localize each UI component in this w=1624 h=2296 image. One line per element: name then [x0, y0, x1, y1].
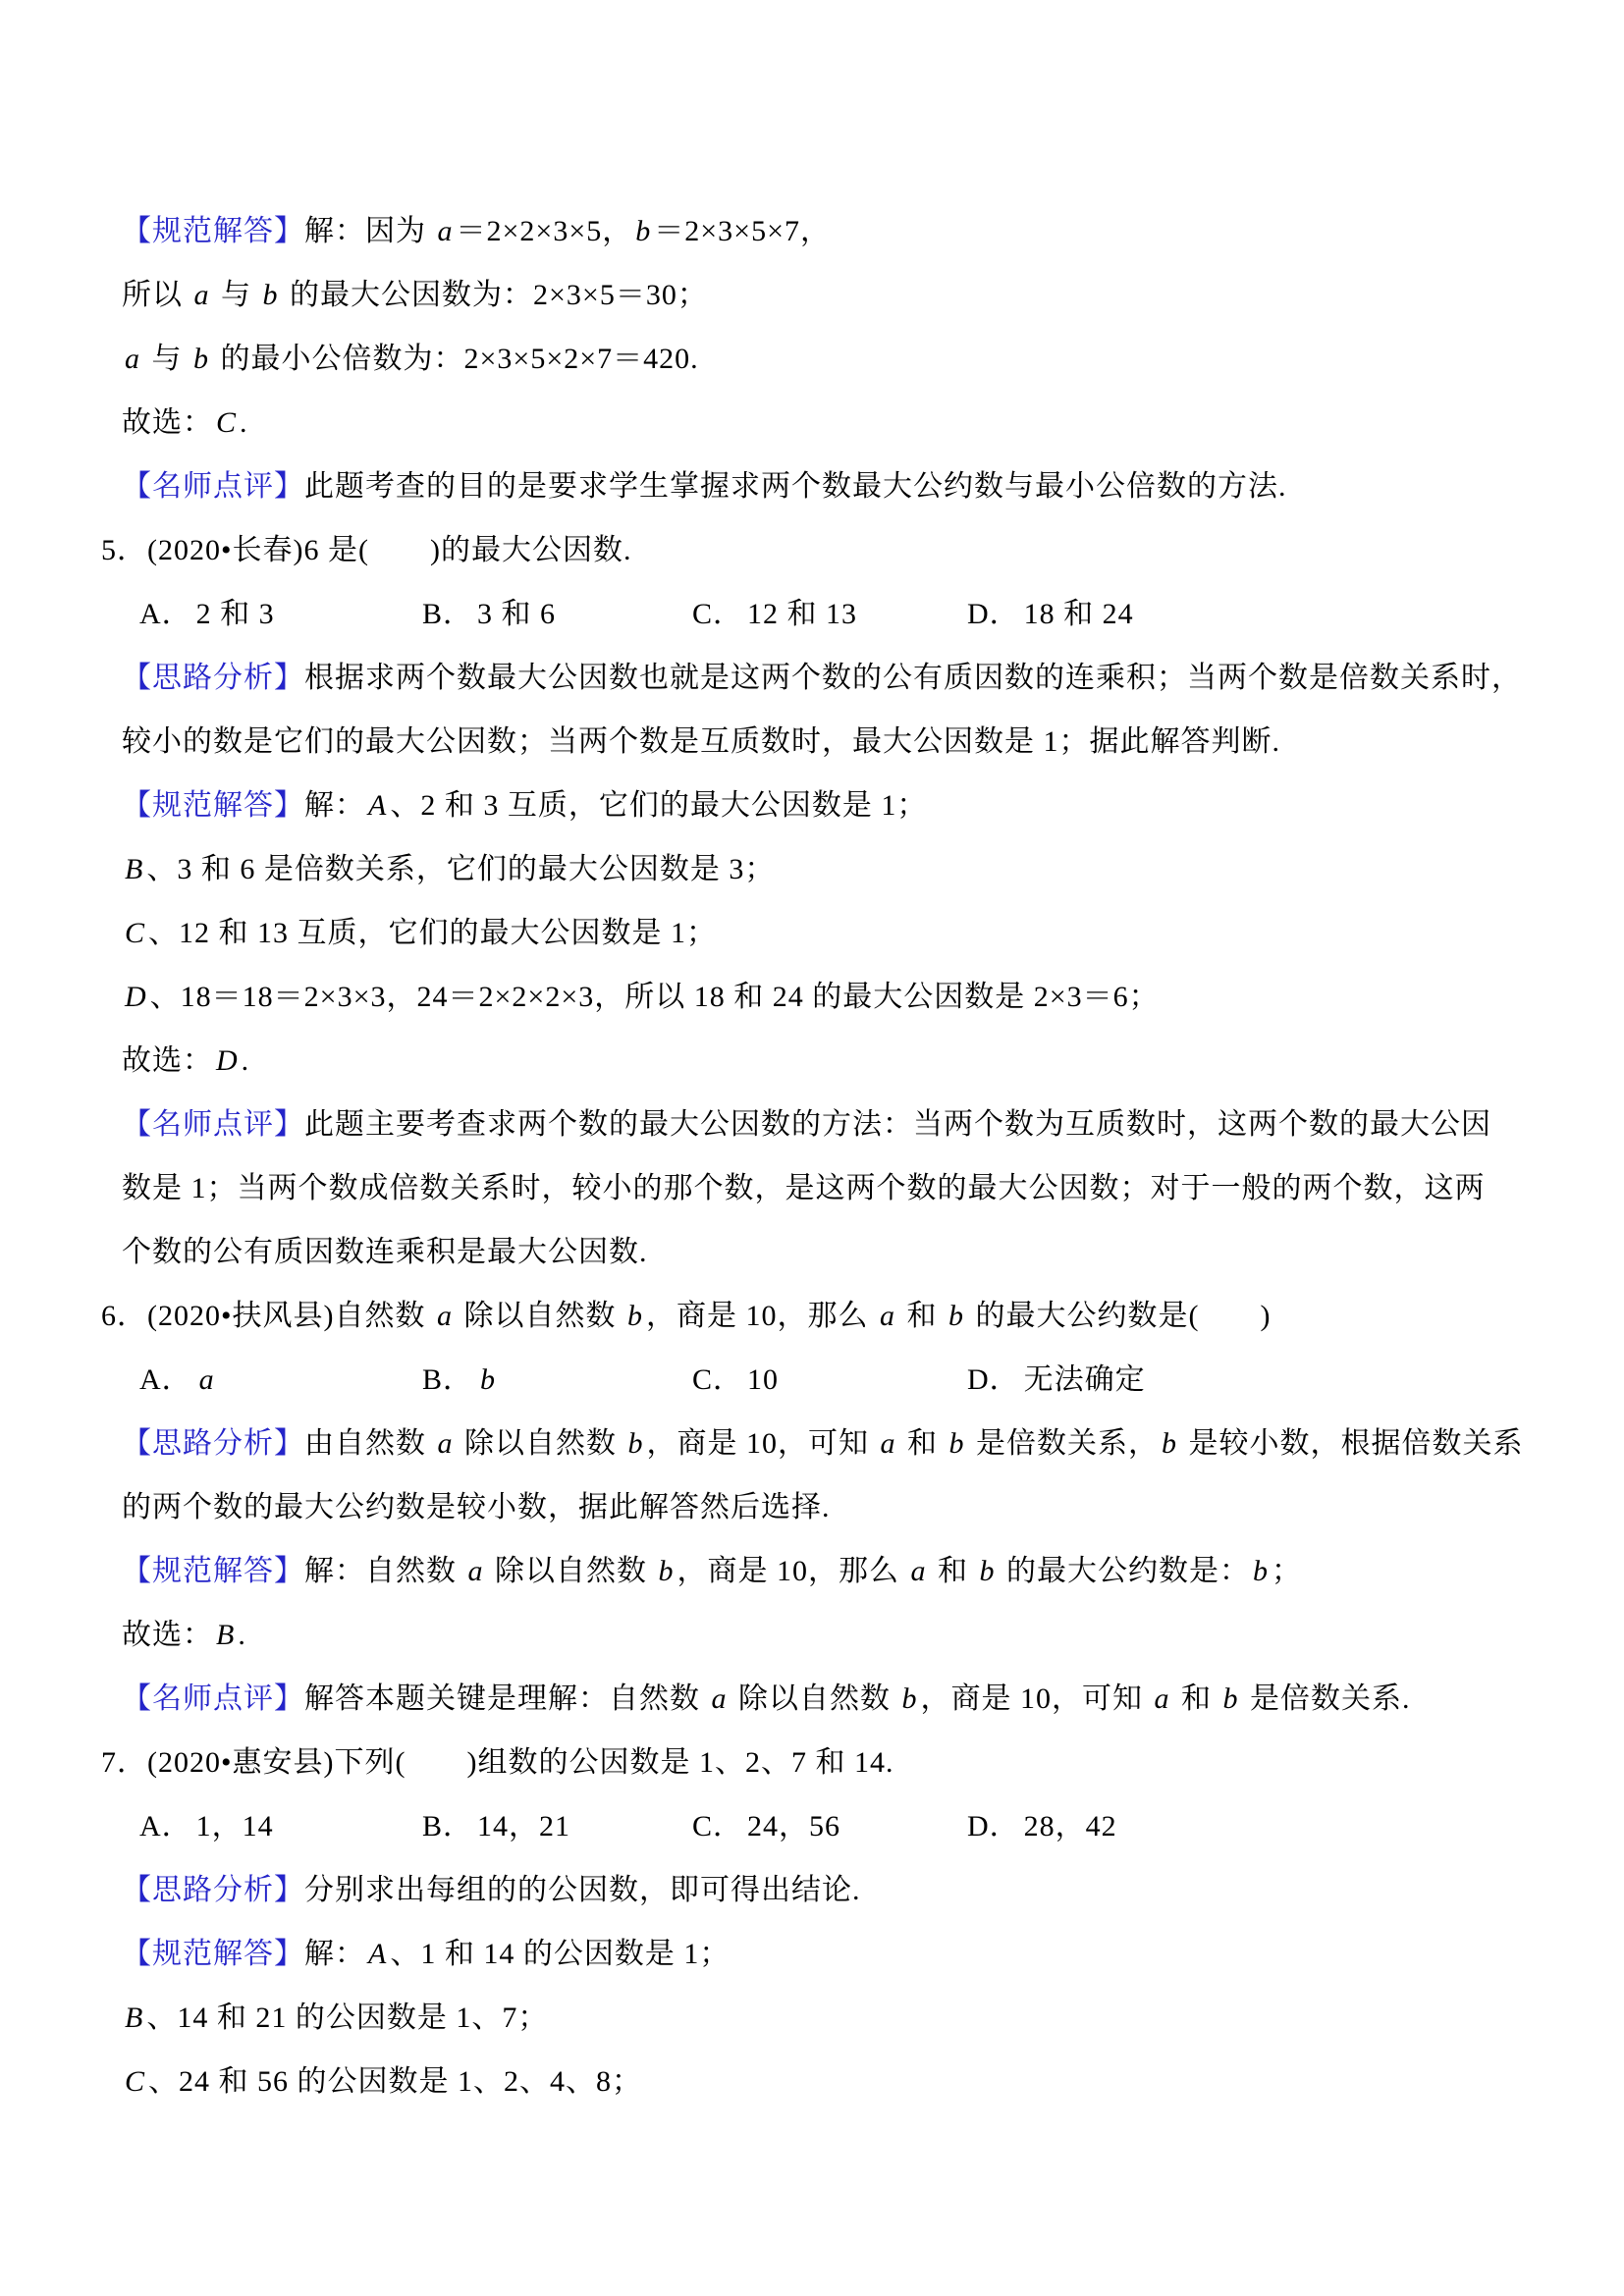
question-line: 5．(2020•长春)6 是( )的最大公因数.: [101, 518, 631, 582]
math-variable: b: [656, 1555, 677, 1587]
body-line: C、24 和 56 的公因数是 1、2、4、8；: [122, 2050, 642, 2113]
option-A: A．2 和 3: [139, 582, 275, 646]
option-label: B．: [422, 1810, 473, 1842]
text-segment: ＝2×3×5×7，: [654, 215, 831, 247]
option-label: A．: [139, 1810, 192, 1842]
analysis-line: 【思路分析】根据求两个数最大公因数也就是这两个数的公有质因数的连乘积；当两个数是…: [122, 646, 1522, 710]
math-variable: b: [946, 1300, 967, 1332]
option-A: A．a: [139, 1348, 218, 1412]
math-variable: a: [878, 1427, 899, 1460]
body-line: 个数的公有质因数连乘积是最大公因数.: [122, 1220, 648, 1284]
text-segment: 此题主要考查求两个数的最大公因数的方法：当两个数为互质数时，这两个数的最大公因: [304, 1108, 1491, 1141]
body-line: B、3 和 6 是倍数关系，它们的最大公因数是 3；: [122, 837, 775, 901]
math-variable: a: [435, 215, 457, 247]
option-value: 10: [747, 1363, 779, 1396]
option-value: 28，42: [1024, 1810, 1117, 1842]
document-page: 【规范解答】解：因为 a＝2×2×3×5，b＝2×3×5×7，所以 a 与 b …: [0, 0, 1624, 2296]
math-variable: D: [122, 981, 150, 1013]
text-segment: 故选：: [122, 406, 213, 439]
body-line: 较小的数是它们的最大公因数；当两个数是互质数时，最大公因数是 1；据此解答判断.: [122, 710, 1280, 774]
option-value: 2 和 3: [196, 598, 275, 630]
text-segment: 解：: [304, 789, 365, 822]
option-B: B．14，21: [422, 1794, 570, 1858]
body-line: 故选：B.: [122, 1603, 246, 1667]
option-B: B．3 和 6: [422, 582, 556, 646]
text-segment: ，商是 10，那么: [677, 1555, 908, 1587]
math-variable: b: [190, 343, 212, 375]
text-segment: 和: [899, 1427, 947, 1460]
option-value: b: [477, 1363, 499, 1396]
section-tag: 【思路分析】: [122, 1874, 304, 1906]
option-label: A．: [139, 1363, 192, 1396]
text-segment: .: [242, 1044, 250, 1077]
comment-line: 【名师点评】解答本题关键是理解：自然数 a 除以自然数 b，商是 10，可知 a…: [122, 1667, 1411, 1731]
body-line: 故选：D.: [122, 1029, 249, 1093]
text-segment: 5．(2020•长春)6 是( )的最大公因数.: [101, 534, 631, 566]
math-variable: b: [260, 279, 282, 311]
text-segment: 解答本题关键是理解：自然数: [304, 1682, 709, 1715]
text-segment: ，商是 10，可知: [647, 1427, 878, 1460]
math-variable: b: [624, 1300, 646, 1332]
math-variable: A: [365, 789, 390, 822]
text-segment: 根据求两个数最大公因数也就是这两个数的公有质因数的连乘积；当两个数是倍数关系时，: [304, 662, 1522, 694]
question-line: 6．(2020•扶风县)自然数 a 除以自然数 b，商是 10，那么 a 和 b…: [101, 1284, 1271, 1348]
comment-line: 【名师点评】此题主要考查求两个数的最大公因数的方法：当两个数为互质数时，这两个数…: [122, 1093, 1491, 1156]
math-variable: b: [977, 1555, 999, 1587]
text-segment: 数是 1；当两个数成倍数关系时，较小的那个数，是这两个数的最大公因数；对于一般的…: [122, 1172, 1486, 1204]
text-segment: 是倍数关系，: [968, 1427, 1160, 1460]
math-variable: C: [213, 406, 240, 439]
answer-line: 【规范解答】解：A、1 和 14 的公因数是 1；: [122, 1922, 730, 1986]
math-variable: b: [1250, 1555, 1272, 1587]
math-variable: b: [947, 1427, 968, 1460]
text-segment: ＝2×2×3×5，: [457, 215, 633, 247]
option-C: C．10: [692, 1348, 779, 1412]
answer-line: 【规范解答】解：A、2 和 3 互质，它们的最大公因数是 1；: [122, 774, 927, 837]
math-variable: a: [434, 1300, 456, 1332]
text-segment: 与: [143, 343, 190, 375]
option-label: B．: [422, 1363, 473, 1396]
text-segment: 、3 和 6 是倍数关系，它们的最大公因数是 3；: [146, 853, 775, 885]
option-D: D．28，42: [967, 1794, 1117, 1858]
text-segment: 是较小数，根据倍数关系: [1180, 1427, 1524, 1460]
text-segment: 除以自然数: [456, 1300, 624, 1332]
math-variable: a: [877, 1300, 898, 1332]
option-label: C．: [692, 1363, 743, 1396]
text-segment: 除以自然数: [457, 1427, 625, 1460]
body-line: 故选：C.: [122, 391, 248, 454]
text-segment: 与: [213, 279, 260, 311]
math-variable: a: [435, 1427, 457, 1460]
text-segment: 此题考查的目的是要求学生掌握求两个数最大公约数与最小公倍数的方法.: [304, 470, 1287, 503]
math-variable: a: [908, 1555, 930, 1587]
option-D: D．18 和 24: [967, 582, 1134, 646]
math-variable: b: [1220, 1682, 1242, 1715]
option-C: C．24，56: [692, 1794, 840, 1858]
text-segment: .: [240, 406, 248, 439]
math-variable: b: [625, 1427, 647, 1460]
text-segment: 、14 和 21 的公因数是 1、7；: [146, 2002, 548, 2034]
section-tag: 【名师点评】: [122, 470, 304, 503]
body-line: 所以 a 与 b 的最大公因数为：2×3×5＝30；: [122, 263, 708, 327]
text-segment: 的最大公约数是：: [999, 1555, 1251, 1587]
text-segment: 除以自然数: [731, 1682, 899, 1715]
text-segment: ；: [1272, 1555, 1302, 1587]
option-label: C．: [692, 598, 743, 630]
text-segment: 较小的数是它们的最大公因数；当两个数是互质数时，最大公因数是 1；据此解答判断.: [122, 725, 1280, 758]
text-segment: 分别求出每组的的公因数，即可得出结论.: [304, 1874, 861, 1906]
section-tag: 【名师点评】: [122, 1682, 304, 1715]
math-variable: D: [213, 1044, 242, 1077]
math-variable: a: [1152, 1682, 1173, 1715]
text-segment: ，商是 10，那么: [646, 1300, 877, 1332]
math-variable: b: [1159, 1427, 1180, 1460]
math-variable: a: [122, 343, 143, 375]
text-segment: 由自然数: [304, 1427, 435, 1460]
option-label: D．: [967, 1363, 1020, 1396]
option-value: 18 和 24: [1024, 598, 1134, 630]
option-D: D．无法确定: [967, 1348, 1146, 1412]
math-variable: a: [191, 279, 213, 311]
option-label: D．: [967, 1810, 1020, 1842]
section-tag: 【规范解答】: [122, 1938, 304, 1970]
option-value: 3 和 6: [477, 598, 556, 630]
math-variable: C: [122, 2065, 148, 2098]
text-segment: 是倍数关系.: [1242, 1682, 1411, 1715]
question-line: 7．(2020•惠安县)下列( )组数的公因数是 1、2、7 和 14.: [101, 1731, 893, 1794]
text-segment: 解：因为: [304, 215, 435, 247]
section-tag: 【思路分析】: [122, 662, 304, 694]
section-tag: 【规范解答】: [122, 215, 304, 247]
math-variable: a: [465, 1555, 487, 1587]
text-segment: 故选：: [122, 1044, 213, 1077]
text-segment: 、24 和 56 的公因数是 1、2、4、8；: [148, 2065, 642, 2098]
text-segment: 和: [898, 1300, 946, 1332]
body-line: D、18＝18＝2×3×3，24＝2×2×2×3，所以 18 和 24 的最大公…: [122, 965, 1160, 1029]
math-variable: B: [122, 853, 146, 885]
body-line: a 与 b 的最小公倍数为：2×3×5×2×7＝420.: [122, 327, 699, 391]
option-value: 14，21: [477, 1810, 570, 1842]
option-value: a: [196, 1363, 218, 1396]
math-variable: b: [632, 215, 654, 247]
text-segment: 、18＝18＝2×3×3，24＝2×2×2×3，所以 18 和 24 的最大公因…: [150, 981, 1160, 1013]
text-segment: 、2 和 3 互质，它们的最大公因数是 1；: [390, 789, 927, 822]
text-segment: 除以自然数: [487, 1555, 656, 1587]
comment-line: 【名师点评】此题考查的目的是要求学生掌握求两个数最大公约数与最小公倍数的方法.: [122, 454, 1287, 518]
text-segment: 解：: [304, 1938, 365, 1970]
text-segment: 和: [930, 1555, 977, 1587]
text-segment: 、1 和 14 的公因数是 1；: [390, 1938, 730, 1970]
section-tag: 【名师点评】: [122, 1108, 304, 1141]
option-B: B．b: [422, 1348, 499, 1412]
body-line: C、12 和 13 互质，它们的最大公因数是 1；: [122, 901, 717, 965]
option-label: D．: [967, 598, 1020, 630]
text-segment: 的最小公倍数为：2×3×5×2×7＝420.: [212, 343, 699, 375]
option-value: 1，14: [196, 1810, 274, 1842]
option-C: C．12 和 13: [692, 582, 857, 646]
analysis-line: 【思路分析】分别求出每组的的公因数，即可得出结论.: [122, 1858, 861, 1922]
analysis-line: 【思路分析】由自然数 a 除以自然数 b，商是 10，可知 a 和 b 是倍数关…: [122, 1412, 1524, 1475]
body-line: 数是 1；当两个数成倍数关系时，较小的那个数，是这两个数的最大公因数；对于一般的…: [122, 1156, 1486, 1220]
text-segment: 的两个数的最大公约数是较小数，据此解答然后选择.: [122, 1491, 831, 1523]
text-segment: 、12 和 13 互质，它们的最大公因数是 1；: [148, 917, 717, 949]
math-variable: B: [122, 2002, 146, 2034]
answer-line: 【规范解答】解：自然数 a 除以自然数 b，商是 10，那么 a 和 b 的最大…: [122, 1539, 1302, 1603]
text-segment: 个数的公有质因数连乘积是最大公因数.: [122, 1236, 648, 1268]
option-value: 12 和 13: [747, 598, 857, 630]
text-segment: 的最大公因数为：2×3×5＝30；: [282, 279, 708, 311]
text-segment: 6．(2020•扶风县)自然数: [101, 1300, 434, 1332]
option-label: B．: [422, 598, 473, 630]
section-tag: 【思路分析】: [122, 1427, 304, 1460]
text-segment: ，商是 10，可知: [921, 1682, 1152, 1715]
text-segment: 解：自然数: [304, 1555, 465, 1587]
option-label: A．: [139, 598, 192, 630]
section-tag: 【规范解答】: [122, 1555, 304, 1587]
body-line: B、14 和 21 的公因数是 1、7；: [122, 1986, 548, 2050]
section-tag: 【规范解答】: [122, 789, 304, 822]
text-segment: 故选：: [122, 1619, 213, 1651]
answer-line: 【规范解答】解：因为 a＝2×2×3×5，b＝2×3×5×7，: [122, 199, 831, 263]
option-label: C．: [692, 1810, 743, 1842]
text-segment: 7．(2020•惠安县)下列( )组数的公因数是 1、2、7 和 14.: [101, 1746, 893, 1779]
option-value: 24，56: [747, 1810, 840, 1842]
math-variable: C: [122, 917, 148, 949]
text-segment: 所以: [122, 279, 191, 311]
math-variable: b: [899, 1682, 921, 1715]
text-segment: 和: [1173, 1682, 1220, 1715]
option-value: 无法确定: [1024, 1363, 1146, 1396]
option-A: A．1，14: [139, 1794, 274, 1858]
math-variable: a: [709, 1682, 731, 1715]
body-line: 的两个数的最大公约数是较小数，据此解答然后选择.: [122, 1475, 831, 1539]
math-variable: B: [213, 1619, 238, 1651]
math-variable: A: [365, 1938, 390, 1970]
text-segment: 的最大公约数是( ): [967, 1300, 1271, 1332]
text-segment: .: [238, 1619, 246, 1651]
